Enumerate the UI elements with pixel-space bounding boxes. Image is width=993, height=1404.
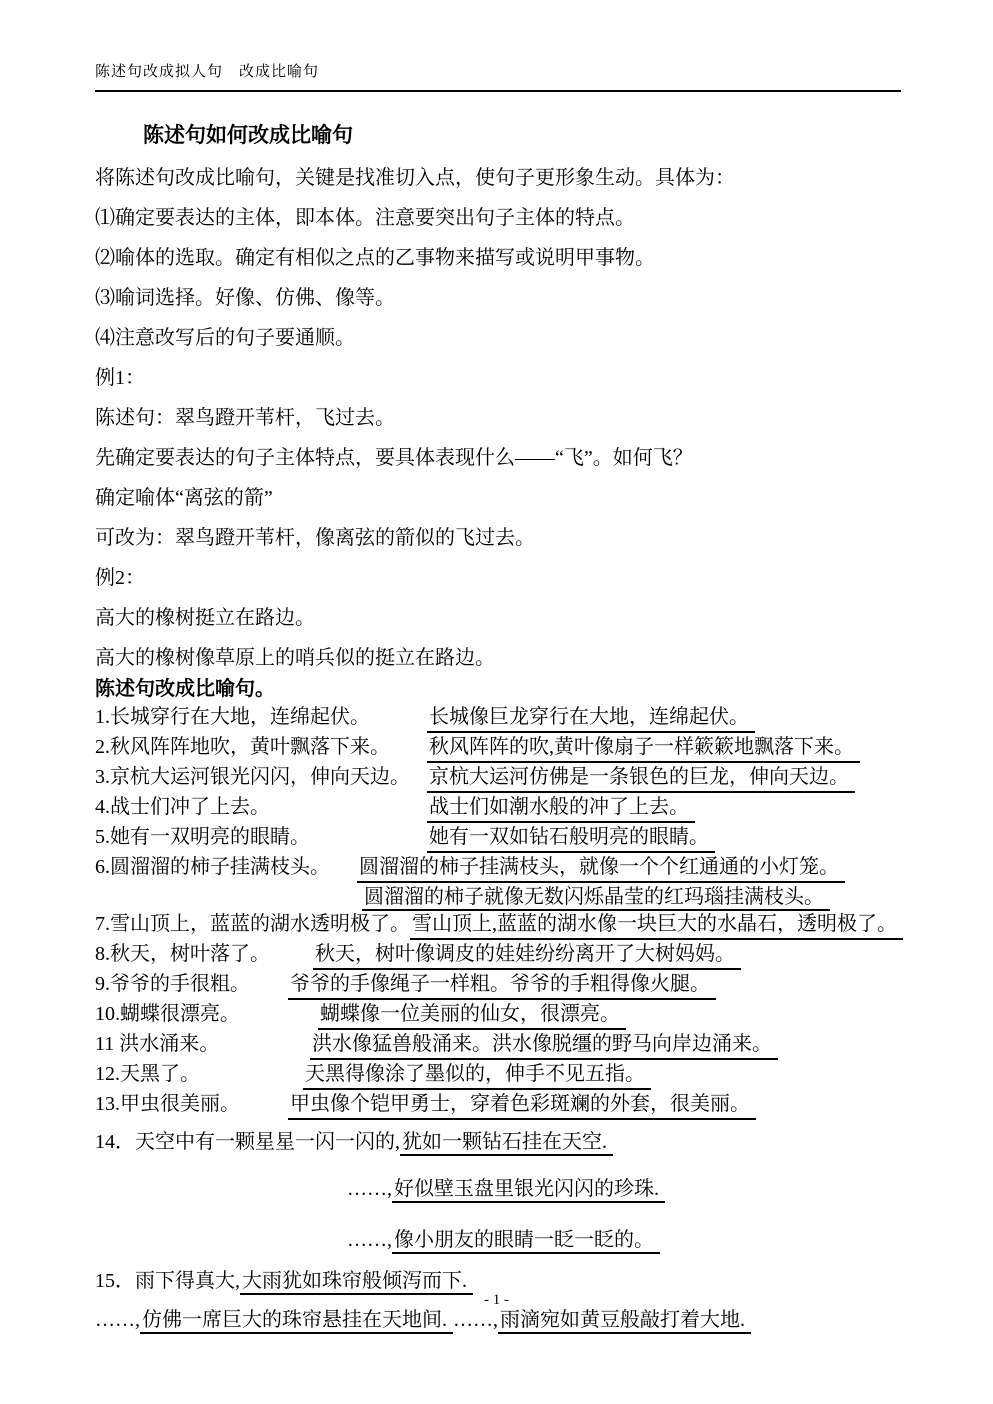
example-2-rewritten: 高大的橡树像草原上的哨兵似的挺立在路边。 <box>95 647 901 669</box>
intro-paragraph: 将陈述句改成比喻句，关键是找准切入点，使句子更形象生动。具体为： <box>95 167 901 189</box>
example-1-statement: 陈述句：翠鸟蹬开苇杆，飞过去。 <box>95 407 901 429</box>
exercise-statement: 5.她有一双明亮的眼睛。 <box>95 824 427 853</box>
exercise-statement: 15．雨下得真大, <box>95 1270 240 1292</box>
exercise-row-3: 3.京杭大运河银光闪闪，伸向天边。 京杭大运河仿佛是一条银色的巨龙，伸向天边。 <box>95 764 901 793</box>
exercise-answer: 犹如一颗钻石挂在天空. <box>400 1131 613 1156</box>
exercise-statement: 3.京杭大运河银光闪闪，伸向天边。 <box>95 764 427 793</box>
exercise-statement: 8.秋天，树叶落了。 <box>95 941 313 970</box>
exercise-row-6: 6.圆溜溜的柿子挂满枝头。 圆溜溜的柿子挂满枝头，就像一个个红通通的小灯笼。 <box>95 854 901 883</box>
example-1-vehicle: 确定喻体“离弦的箭” <box>95 487 901 509</box>
exercise-answer: 像小朋友的眼睛一眨一眨的。 <box>392 1229 660 1254</box>
header-rule <box>95 90 901 92</box>
exercise-list: 1.长城穿行在大地，连绵起伏。 长城像巨龙穿行在大地，连绵起伏。 2.秋风阵阵地… <box>95 704 901 1120</box>
exercise-item-15: 15．雨下得真大,大雨犹如珠帘般倾泻而下. <box>95 1269 901 1293</box>
exercise-answer: 圆溜溜的柿子就像无数闪烁晶莹的红玛瑙挂满枝头。 <box>362 886 830 911</box>
exercise-answer: 京杭大运河仿佛是一条银色的巨龙，伸向天边。 <box>427 764 855 793</box>
exercise-row-9: 9.爷爷的手很粗。 爷爷的手像绳子一样粗。爷爷的手粗得像火腿。 <box>95 971 901 1000</box>
exercise-answer: 蝴蝶像一位美丽的仙女，很漂亮。 <box>318 1001 626 1030</box>
exercise-answer: 爷爷的手像绳子一样粗。爷爷的手粗得像火腿。 <box>288 971 716 1000</box>
exercise-row-5: 5.她有一双明亮的眼睛。 她有一双如钻石般明亮的眼睛。 <box>95 824 901 853</box>
exercise-answer: 战士们如潮水般的冲了上去。 <box>427 794 695 823</box>
ellipsis-prefix: ……, <box>347 1229 392 1251</box>
point-4: ⑷注意改写后的句子要通顺。 <box>95 327 901 349</box>
exercise-row-1: 1.长城穿行在大地，连绵起伏。 长城像巨龙穿行在大地，连绵起伏。 <box>95 704 901 733</box>
exercise-row-12: 12.天黑了。 天黑得像涂了墨似的，伸手不见五指。 <box>95 1061 901 1090</box>
exercise-answer: 她有一双如钻石般明亮的眼睛。 <box>427 824 715 853</box>
exercise-answer: 圆溜溜的柿子挂满枝头，就像一个个红通通的小灯笼。 <box>357 854 845 883</box>
exercise-answer: 仿佛一席巨大的珠帘悬挂在天地间. <box>140 1309 453 1334</box>
ellipsis-prefix: ……, <box>95 1309 140 1331</box>
exercise-row-6-answer-2: 圆溜溜的柿子就像无数闪烁晶莹的红玛瑙挂满枝头。 <box>362 884 901 910</box>
point-1: ⑴确定要表达的主体，即本体。注意要突出句子主体的特点。 <box>95 207 901 229</box>
exercise-answer: 长城像巨龙穿行在大地，连绵起伏。 <box>427 704 755 733</box>
exercise-statement: 11 洪水涌来。 <box>95 1031 310 1060</box>
running-header: 陈述句改成拟人句 改成比喻句 <box>95 60 901 81</box>
ellipsis-prefix: ……, <box>453 1309 498 1331</box>
exercise-statement: 14．天空中有一颗星星一闪一闪的, <box>95 1131 400 1153</box>
exercise-answer: 雪山顶上,蓝蓝的湖水像一块巨大的水晶石，透明极了。 <box>410 911 903 940</box>
exercise-item-14: 14．天空中有一颗星星一闪一闪的,犹如一颗钻石挂在天空. <box>95 1130 901 1154</box>
exercise-answer: 秋天，树叶像调皮的娃娃纷纷离开了大树妈妈。 <box>313 941 741 970</box>
exercise-item-14-alt-2: ……,像小朋友的眼睛一眨一眨的。 <box>347 1228 901 1252</box>
section-heading: 陈述句改成比喻句。 <box>95 677 901 701</box>
exercise-row-11: 11 洪水涌来。 洪水像猛兽般涌来。洪水像脱缰的野马向岸边涌来。 <box>95 1031 901 1060</box>
exercise-row-8: 8.秋天，树叶落了。 秋天，树叶像调皮的娃娃纷纷离开了大树妈妈。 <box>95 941 901 970</box>
exercise-answer: 甲虫像个铠甲勇士，穿着色彩斑斓的外套，很美丽。 <box>288 1091 756 1120</box>
example-1-rewritten: 可改为：翠鸟蹬开苇杆，像离弦的箭似的飞过去。 <box>95 527 901 549</box>
exercise-row-4: 4.战士们冲了上去。 战士们如潮水般的冲了上去。 <box>95 794 901 823</box>
exercise-statement: 2.秋风阵阵地吹，黄叶飘落下来。 <box>95 734 427 763</box>
point-2: ⑵喻体的选取。确定有相似之点的乙事物来描写或说明甲事物。 <box>95 247 901 269</box>
exercise-answer: 洪水像猛兽般涌来。洪水像脱缰的野马向岸边涌来。 <box>310 1031 778 1060</box>
exercise-row-2: 2.秋风阵阵地吹，黄叶飘落下来。 秋风阵阵的吹,黄叶像扇子一样簌簌地飘落下来。 <box>95 734 901 763</box>
document-page: 陈述句改成拟人句 改成比喻句 陈述句如何改成比喻句 将陈述句改成比喻句，关键是找… <box>0 0 993 1404</box>
point-3: ⑶喻词选择。好像、仿佛、像等。 <box>95 287 901 309</box>
exercise-answer: 天黑得像涂了墨似的，伸手不见五指。 <box>303 1061 651 1090</box>
exercise-statement: 12.天黑了。 <box>95 1061 303 1090</box>
exercise-statement: 10.蝴蝶很漂亮。 <box>95 1001 318 1030</box>
ellipsis-prefix: ……, <box>347 1178 392 1200</box>
example-1-label: 例1： <box>95 367 901 389</box>
exercise-row-13: 13.甲虫很美丽。 甲虫像个铠甲勇士，穿着色彩斑斓的外套，很美丽。 <box>95 1091 901 1120</box>
example-1-analysis: 先确定要表达的句子主体特点，要具体表现什么——“飞”。如何飞？ <box>95 447 901 469</box>
exercise-statement: 7.雪山顶上，蓝蓝的湖水透明极了。 <box>95 911 410 940</box>
exercise-answer: 秋风阵阵的吹,黄叶像扇子一样簌簌地飘落下来。 <box>427 734 860 763</box>
exercise-statement: 6.圆溜溜的柿子挂满枝头。 <box>95 854 357 883</box>
exercise-item-14-alt-1: ……,好似壁玉盘里银光闪闪的珍珠. <box>347 1177 901 1201</box>
exercise-statement: 13.甲虫很美丽。 <box>95 1091 288 1120</box>
exercise-statement: 9.爷爷的手很粗。 <box>95 971 288 1000</box>
exercise-statement: 4.战士们冲了上去。 <box>95 794 427 823</box>
exercise-answer: 雨滴宛如黄豆般敲打着大地. <box>498 1309 751 1334</box>
example-2-label: 例2： <box>95 567 901 589</box>
page-content: 陈述句改成拟人句 改成比喻句 陈述句如何改成比喻句 将陈述句改成比喻句，关键是找… <box>95 60 901 1332</box>
exercise-row-7: 7.雪山顶上，蓝蓝的湖水透明极了。 雪山顶上,蓝蓝的湖水像一块巨大的水晶石，透明… <box>95 911 901 940</box>
exercise-row-10: 10.蝴蝶很漂亮。 蝴蝶像一位美丽的仙女，很漂亮。 <box>95 1001 901 1030</box>
exercise-statement: 1.长城穿行在大地，连绵起伏。 <box>95 704 427 733</box>
page-number: - 1 - <box>0 1292 993 1309</box>
page-title: 陈述句如何改成比喻句 <box>143 119 901 149</box>
exercise-answer: 好似壁玉盘里银光闪闪的珍珠. <box>392 1178 665 1203</box>
example-2-statement: 高大的橡树挺立在路边。 <box>95 607 901 629</box>
exercise-item-15-alt: ……,仿佛一席巨大的珠帘悬挂在天地间.……,雨滴宛如黄豆般敲打着大地. <box>95 1308 901 1332</box>
